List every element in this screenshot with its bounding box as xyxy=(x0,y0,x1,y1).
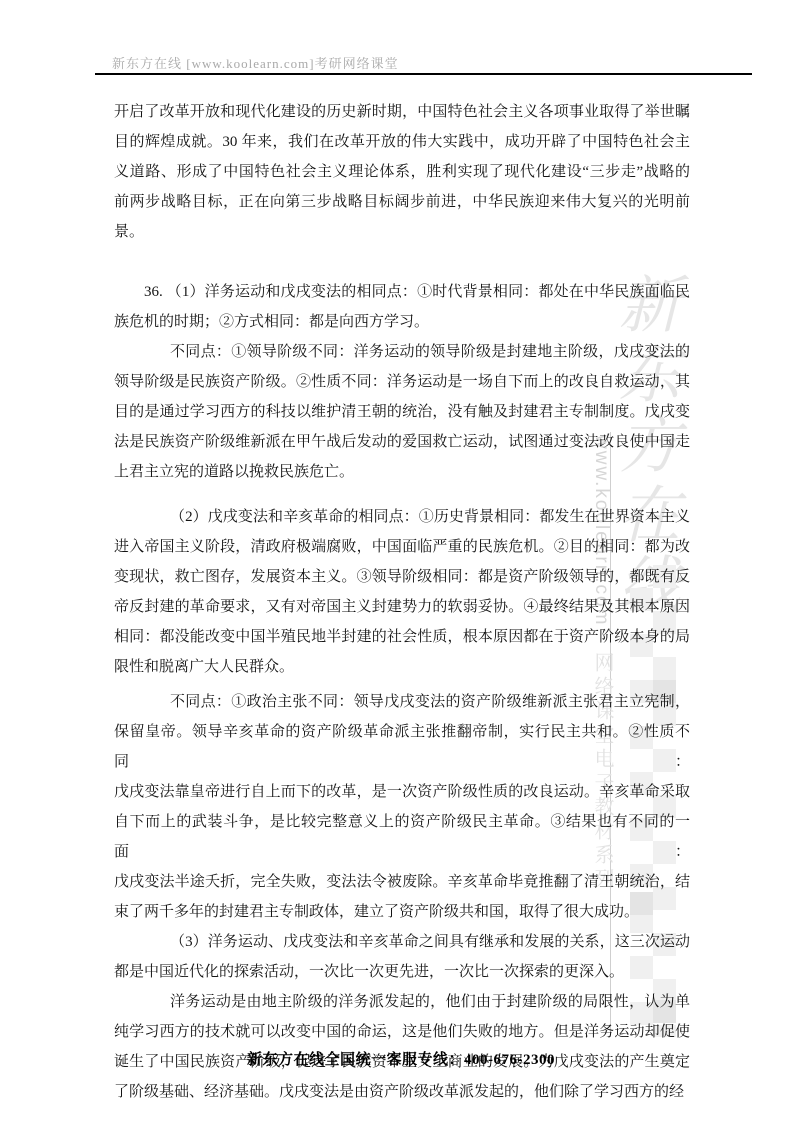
document-body: 开启了改革开放和现代化建设的历史新时期，中国特色社会主义各项事业取得了举世瞩目的… xyxy=(114,97,690,1107)
text-line: （2）戊戌变法和辛亥革命的相同点：①历史背景相同：都发生在世界资本主义 xyxy=(114,502,690,532)
text-line: 不同点：①政治主张不同：领导戊戌变法的资产阶级维新派主张君主立宪制， xyxy=(114,687,690,717)
text-line: 领导阶级是民族资产阶级。②性质不同：洋务运动是一场自下而上的改良自救运动，其 xyxy=(114,367,690,397)
text-line: 洋务运动是由地主阶级的洋务派发起的，他们由于封建阶级的局限性，认为单 xyxy=(114,987,690,1017)
text-line: 限性和脱离广大人民群众。 xyxy=(114,652,690,682)
paragraph: 开启了改革开放和现代化建设的历史新时期，中国特色社会主义各项事业取得了举世瞩目的… xyxy=(114,97,690,247)
text-line: 保留皇帝。领导辛亥革命的资产阶级革命派主张推翻帝制，实行民主共和。②性质不同： xyxy=(114,717,690,777)
paragraph: （2）戊戌变法和辛亥革命的相同点：①历史背景相同：都发生在世界资本主义进入帝国主… xyxy=(114,502,690,682)
document-page: 新东方在线 www.koolearn.com 网络课堂电子教材系列 新东方在线 … xyxy=(0,0,802,1135)
text-line: 自下而上的武装斗争，是比较完整意义上的资产阶级民主革命。③结果也有不同的一面： xyxy=(114,807,690,867)
text-line: 都是中国近代化的探索活动，一次比一次更先进，一次比一次探索的更深入。 xyxy=(114,957,690,987)
paragraph: （3）洋务运动、戊戌变法和辛亥革命之间具有继承和发展的关系，这三次运动都是中国近… xyxy=(114,927,690,987)
footer-hotline: 新东方在线全国统一客服专线：400-676-2300 xyxy=(0,1048,802,1069)
text-line: 变现状，救亡图存，发展资本主义。③领导阶级相同：都是资产阶级领导的，都既有反 xyxy=(114,562,690,592)
text-line: 开启了改革开放和现代化建设的历史新时期，中国特色社会主义各项事业取得了举世瞩 xyxy=(114,97,690,127)
text-line: 束了两千多年的封建君主专制政体，建立了资产阶级共和国，取得了很大成功。 xyxy=(114,897,690,927)
text-line: 上君主立宪的道路以挽救民族危亡。 xyxy=(114,457,690,487)
text-line: 纯学习西方的技术就可以改变中国的命运，这是他们失败的地方。但是洋务运动却促使 xyxy=(114,1017,690,1047)
header-site-label: 新东方在线 [www.koolearn.com]考研网络课堂 xyxy=(112,53,399,72)
paragraph: 不同点：①政治主张不同：领导戊戌变法的资产阶级维新派主张君主立宪制，保留皇帝。领… xyxy=(114,687,690,927)
paragraph: 不同点：①领导阶级不同：洋务运动的领导阶级是封建地主阶级，戊戌变法的领导阶级是民… xyxy=(114,337,690,487)
text-line: （3）洋务运动、戊戌变法和辛亥革命之间具有继承和发展的关系，这三次运动 xyxy=(114,927,690,957)
text-line: 法是民族资产阶级维新派在甲午战后发动的爱国救亡运动，试图通过变法改良使中国走 xyxy=(114,427,690,457)
text-line: 前两步战略目标，正在向第三步战略目标阔步前进，中华民族迎来伟大复兴的光明前景。 xyxy=(114,187,690,247)
text-line: 帝反封建的革命要求，又有对帝国主义封建势力的软弱妥协。④最终结果及其根本原因 xyxy=(114,592,690,622)
text-line: 戊戌变法靠皇帝进行自上而下的改革，是一次资产阶级性质的改良运动。辛亥革命采取 xyxy=(114,777,690,807)
text-line: 36. （1）洋务运动和戊戌变法的相同点：①时代背景相同：都处在中华民族面临民 xyxy=(114,277,690,307)
text-line: 义道路、形成了中国特色社会主义理论体系，胜利实现了现代化建设“三步走”战略的 xyxy=(114,157,690,187)
text-line: 目的是通过学习西方的科技以维护清王朝的统治，没有触及封建君主专制制度。戊戌变 xyxy=(114,397,690,427)
text-line: 了阶级基础、经济基础。戊戌变法是由资产阶级改革派发起的，他们除了学习西方的经 xyxy=(114,1077,690,1107)
text-line: 相同：都没能改变中国半殖民地半封建的社会性质，根本原因都在于资产阶级本身的局 xyxy=(114,622,690,652)
paragraph: 洋务运动是由地主阶级的洋务派发起的，他们由于封建阶级的局限性，认为单纯学习西方的… xyxy=(114,987,690,1107)
text-line: 进入帝国主义阶段，清政府极端腐败，中国面临严重的民族危机。②目的相同：都为改 xyxy=(114,532,690,562)
header-divider xyxy=(95,73,752,75)
text-line: 目的辉煌成就。30 年来，我们在改革开放的伟大实践中，成功开辟了中国特色社会主 xyxy=(114,127,690,157)
text-line: 戊戌变法半途夭折，完全失败，变法法令被废除。辛亥革命毕竟推翻了清王朝统治，结 xyxy=(114,867,690,897)
text-line: 不同点：①领导阶级不同：洋务运动的领导阶级是封建地主阶级，戊戌变法的 xyxy=(114,337,690,367)
text-line: 族危机的时期；②方式相同：都是向西方学习。 xyxy=(114,307,690,337)
paragraph: 36. （1）洋务运动和戊戌变法的相同点：①时代背景相同：都处在中华民族面临民族… xyxy=(114,277,690,337)
